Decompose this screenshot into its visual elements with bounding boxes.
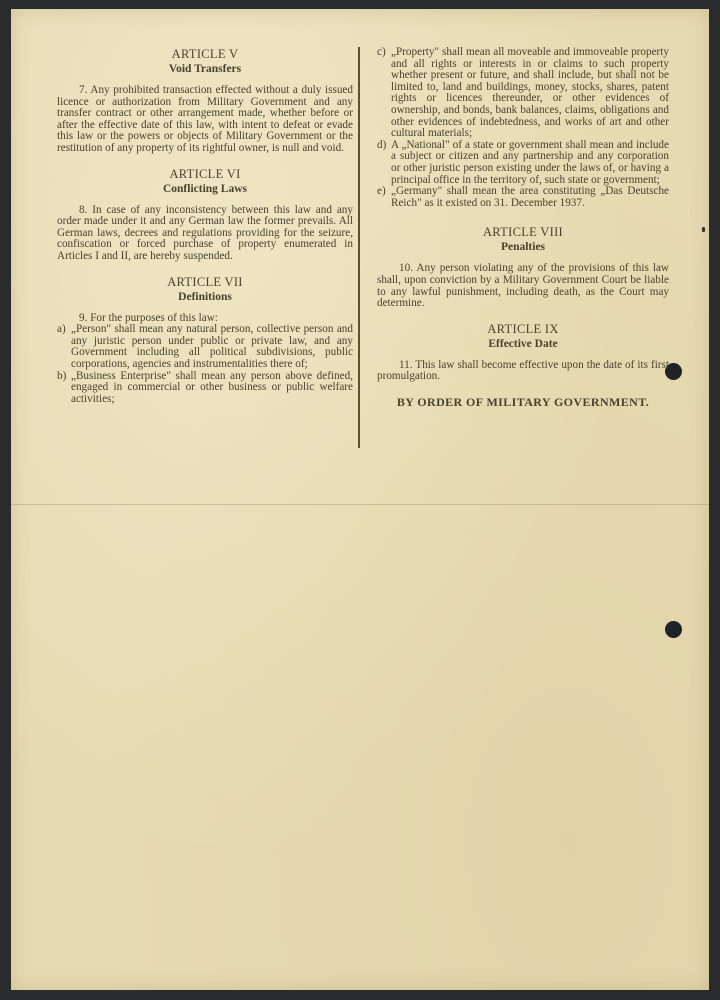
signature-line: BY ORDER OF MILITARY GOVERNMENT. xyxy=(377,397,669,409)
right-column: c) „Property" shall mean all moveable an… xyxy=(377,47,669,408)
article-title: ARTICLE VIII xyxy=(377,225,669,239)
column-divider xyxy=(358,47,360,448)
definition-label: d) xyxy=(377,140,391,186)
article-subtitle: Void Transfers xyxy=(57,63,353,76)
article-v: ARTICLE V Void Transfers 7. Any prohibit… xyxy=(57,47,353,155)
definition-label: a) xyxy=(57,324,71,370)
article-subtitle: Definitions xyxy=(57,291,353,304)
article-subtitle: Penalties xyxy=(377,241,669,254)
paper-speck xyxy=(702,227,705,232)
definition-label: e) xyxy=(377,186,391,209)
article-viii: ARTICLE VIII Penalties 10. Any person vi… xyxy=(377,225,669,309)
definition-d: d) A „National" of a state or government… xyxy=(377,140,669,186)
definition-text: A „National" of a state or government sh… xyxy=(391,140,669,186)
article-ix: ARTICLE IX Effective Date 11. This law s… xyxy=(377,322,669,383)
punch-hole-lower xyxy=(665,621,682,638)
definition-text: „Business Enterprise" shall mean any per… xyxy=(71,371,353,406)
article-paragraph: 10. Any person violating any of the prov… xyxy=(377,263,669,309)
definition-b: b) „Business Enterprise" shall mean any … xyxy=(57,371,353,406)
fold-crease xyxy=(11,504,709,505)
article-paragraph: 11. This law shall become effective upon… xyxy=(377,360,669,383)
article-title: ARTICLE VI xyxy=(57,167,353,181)
definition-a: a) „Person" shall mean any natural perso… xyxy=(57,324,353,370)
definition-text: „Property" shall mean all moveable and i… xyxy=(391,47,669,140)
document-page: ARTICLE V Void Transfers 7. Any prohibit… xyxy=(11,9,709,990)
definition-label: c) xyxy=(377,47,391,140)
definition-c: c) „Property" shall mean all moveable an… xyxy=(377,47,669,140)
definition-text: „Person" shall mean any natural person, … xyxy=(71,324,353,370)
left-column: ARTICLE V Void Transfers 7. Any prohibit… xyxy=(57,47,353,405)
article-paragraph: 7. Any prohibited transaction effected w… xyxy=(57,85,353,155)
article-title: ARTICLE VII xyxy=(57,275,353,289)
article-subtitle: Conflicting Laws xyxy=(57,183,353,196)
article-paragraph: 8. In case of any inconsistency between … xyxy=(57,205,353,263)
definition-text: „Germany" shall mean the area constituti… xyxy=(391,186,669,209)
article-subtitle: Effective Date xyxy=(377,338,669,351)
article-vii: ARTICLE VII Definitions 9. For the purpo… xyxy=(57,275,353,406)
article-vi: ARTICLE VI Conflicting Laws 8. In case o… xyxy=(57,167,353,263)
definition-label: b) xyxy=(57,371,71,406)
article-title: ARTICLE IX xyxy=(377,322,669,336)
article-title: ARTICLE V xyxy=(57,47,353,61)
definition-e: e) „Germany" shall mean the area constit… xyxy=(377,186,669,209)
